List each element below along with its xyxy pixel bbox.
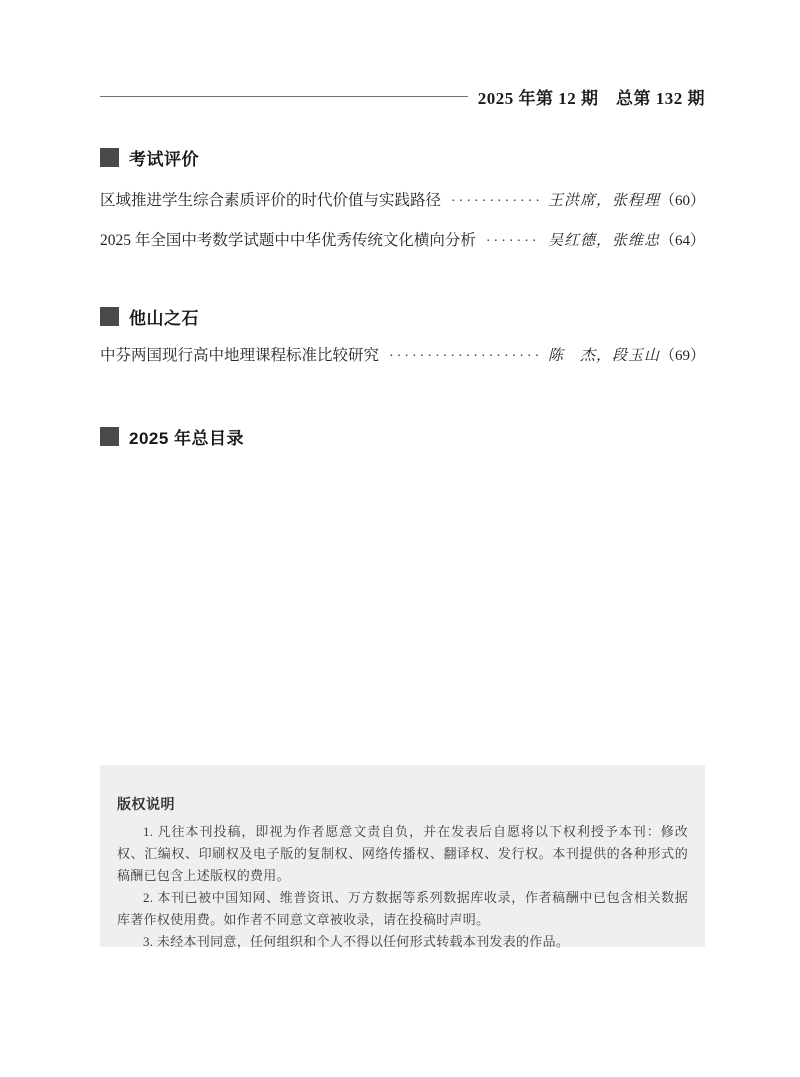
copyright-item-3: 3. 未经本刊同意，任何组织和个人不得以任何形式转载本刊发表的作品。 xyxy=(117,931,688,953)
dot-leader: ········································… xyxy=(451,191,540,213)
dot-leader: ········································… xyxy=(486,231,540,253)
copyright-title: 版权说明 xyxy=(117,794,688,814)
header-rule xyxy=(100,96,468,97)
entry-title: 区域推进学生综合素质评价的时代价值与实践路径 xyxy=(100,190,441,212)
entry-page-number: （60） xyxy=(660,190,705,212)
toc-entry: 2025 年全国中考数学试题中中华优秀传统文化横向分析 ············… xyxy=(100,230,705,252)
entry-page-number: （69） xyxy=(660,345,705,367)
entry-authors: 陈 杰，段玉山 xyxy=(548,345,660,367)
journal-toc-page: 2025 年第 12 期 总第 132 期 考试评价 区域推进学生综合素质评价的… xyxy=(0,0,800,1077)
section-square-icon xyxy=(100,148,119,167)
section-label: 他山之石 xyxy=(129,304,199,329)
section-label: 考试评价 xyxy=(129,145,199,170)
toc-content: 考试评价 区域推进学生综合素质评价的时代价值与实践路径 ············… xyxy=(100,145,705,448)
section-square-icon xyxy=(100,427,119,446)
section-heading-tashan-zhishi: 他山之石 xyxy=(100,304,705,328)
section-heading-2025-zongmulu: 2025 年总目录 xyxy=(100,424,705,448)
toc-entry: 中芬两国现行高中地理课程标准比较研究 ·····················… xyxy=(100,345,705,367)
copyright-item-1: 1. 凡往本刊投稿，即视为作者愿意文责自负，并在发表后自愿将以下权利授予本刊：修… xyxy=(117,821,688,887)
section-square-icon xyxy=(100,307,119,326)
section-heading-kaoshi-pingjia: 考试评价 xyxy=(100,145,705,169)
issue-info: 2025 年第 12 期 总第 132 期 xyxy=(478,84,705,109)
entry-authors: 吴红德，张维忠 xyxy=(548,230,660,252)
entry-page-number: （64） xyxy=(660,230,705,252)
entry-title: 2025 年全国中考数学试题中中华优秀传统文化横向分析 xyxy=(100,230,476,252)
copyright-item-2: 2. 本刊已被中国知网、维普资讯、万方数据等系列数据库收录，作者稿酬中已包含相关… xyxy=(117,887,688,931)
toc-entry: 区域推进学生综合素质评价的时代价值与实践路径 ·················… xyxy=(100,190,705,212)
section-label: 2025 年总目录 xyxy=(129,424,244,449)
dot-leader: ········································… xyxy=(389,346,540,368)
page-header: 2025 年第 12 期 总第 132 期 xyxy=(100,84,705,108)
entry-title: 中芬两国现行高中地理课程标准比较研究 xyxy=(100,345,379,367)
copyright-notice-box: 版权说明 1. 凡往本刊投稿，即视为作者愿意文责自负，并在发表后自愿将以下权利授… xyxy=(100,765,705,947)
entry-authors: 王洪席，张程理 xyxy=(548,190,660,212)
